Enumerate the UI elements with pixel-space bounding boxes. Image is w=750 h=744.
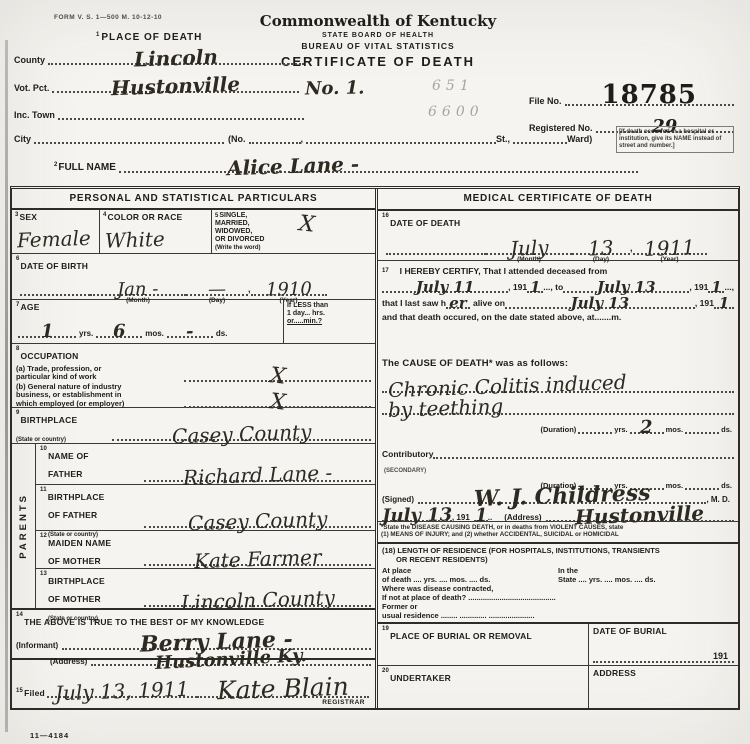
date-of-birth-row: 6DATE OF BIRTH Jan -(Month) —(Day) , 191…	[12, 254, 375, 300]
cause-duration-yrs: yrs.	[614, 425, 627, 434]
dod-label: 16DATE OF DEATH	[382, 218, 460, 228]
cause-value-2: by teething	[388, 396, 504, 420]
residence-title-2: OR RECENT RESIDENTS)	[382, 555, 488, 564]
birthplace-label: 9BIRTHPLACE (State or country)	[16, 410, 112, 446]
signed-address-fill: Hustonville	[546, 505, 734, 522]
occupation-number: 8	[16, 346, 20, 352]
mother-birthplace-row: 13BIRTHPLACE OF MOTHER (State or country…	[36, 569, 375, 609]
dob-month-value: Jan -	[117, 281, 159, 300]
certify-last-value: July 13	[571, 296, 630, 311]
mother-name-fill: Kate Farmer	[144, 549, 371, 566]
birthplace-row: 9BIRTHPLACE (State or country) Casey Cou…	[12, 408, 375, 444]
age-mos-label: mos.	[145, 329, 164, 338]
medical-column: MEDICAL CERTIFICATE OF DEATH 16DATE OF D…	[375, 189, 738, 708]
contributory-label: Contributory	[382, 449, 433, 459]
father-bp-l1: 11BIRTHPLACE	[40, 492, 105, 502]
certify-digit-c: 1	[719, 296, 729, 311]
filed-date-fill: July 13, 1911	[47, 681, 197, 698]
undertaker-address-cell: ADDRESS	[588, 666, 738, 708]
dod-day-line: 13	[572, 231, 630, 255]
age-mos-fill: 6	[96, 323, 142, 338]
filed-number: 15	[16, 688, 23, 694]
occupation-a-line: (a) Trade, profession, or particular kin…	[16, 365, 371, 382]
marital-number: 5	[215, 213, 218, 219]
age-less-3: or.....min.?	[287, 318, 322, 325]
certify-to-value: July 13	[597, 280, 656, 295]
undertaker-address-label: ADDRESS	[593, 668, 734, 678]
parents-block: PARENTS 10NAME OF FATHER Richard Lane - …	[12, 444, 375, 610]
city-ward-label: Ward)	[567, 134, 592, 144]
contributory-fill	[433, 447, 734, 459]
birthplace-number: 9	[16, 410, 20, 416]
certify-last-fill: July 13	[505, 296, 695, 309]
place-of-death-number: 1	[96, 32, 100, 38]
burial-place-cell: 19PLACE OF BURIAL OR REMOVAL	[378, 624, 588, 664]
informant-line: (Informant) Berry Lane -	[16, 631, 371, 650]
filed-label: 15Filed	[16, 688, 45, 698]
mother-birthplace-value: Lincoln County	[180, 587, 334, 612]
residence-title: (18) LENGTH OF RESIDENCE (FOR HOSPITALS,…	[382, 546, 734, 564]
dod-blank-seg	[386, 231, 486, 263]
dod-line: July(Month) 13(Day) , 1911(Year)	[382, 231, 734, 263]
form-number: FORM V. S. 1—500 M. 10-12-10	[54, 14, 162, 21]
residence-at-place-2: of death .... yrs. .... mos. .... ds.	[382, 575, 490, 584]
city-no-label: (No.	[228, 134, 246, 144]
vot-pct-number: No. 1.	[304, 79, 364, 98]
father-name-label: 10NAME OF FATHER	[40, 446, 144, 482]
commonwealth-title: Commonwealth of Kentucky	[248, 12, 508, 30]
cause-line-2: by teething	[382, 393, 734, 415]
inc-town-fill	[58, 108, 304, 120]
dod-number: 16	[382, 213, 389, 219]
burial-date-cell: DATE OF BURIAL 191	[588, 624, 738, 664]
city-st-label: St.,	[496, 134, 510, 144]
age-yrs-label: yrs.	[79, 329, 93, 338]
inc-town-line: Inc. Town	[14, 108, 304, 120]
city-ward-fill	[513, 132, 567, 144]
mother-word2: OF MOTHER	[40, 556, 101, 566]
mother-bp-l1: 13BIRTHPLACE	[40, 576, 105, 586]
birthplace-word: BIRTHPLACE	[21, 415, 78, 425]
parents-sidebar: PARENTS	[12, 444, 36, 608]
residence-at-place: At place of death .... yrs. .... mos. ..…	[382, 566, 558, 584]
certify-191a: , 191	[508, 282, 527, 293]
certify-intro: I HEREBY CERTIFY, That I attended deceas…	[400, 266, 608, 277]
full-name-label: 2FULL NAME	[54, 162, 116, 173]
mother-name-row: 12MAIDEN NAME OF MOTHER Kate Farmer	[36, 531, 375, 569]
dod-blank-line	[386, 231, 486, 255]
dod-month-line: July	[486, 231, 572, 255]
dod-day-value: 13	[588, 237, 614, 258]
cause-of-death-block: The CAUSE OF DEATH* was as follows: Chro…	[378, 351, 738, 444]
residence-contracted-1: Where was disease contracted,	[382, 584, 493, 593]
sex-number: 3	[15, 212, 19, 218]
residence-former-2: usual residence ........ ............. .…	[382, 611, 535, 620]
hospital-note: [If death occurred in a hospital or inst…	[616, 126, 734, 153]
signed-address-label: (Address)	[504, 513, 541, 522]
certify-last-pre: that I last saw h	[382, 298, 446, 309]
mother-l1: 12MAIDEN NAME	[40, 538, 111, 548]
certificate-table: PERSONAL AND STATISTICAL PARTICULARS 3SE…	[10, 186, 740, 710]
cause-duration-yrs-fill	[578, 432, 612, 434]
dod-text: DATE OF DEATH	[390, 218, 460, 228]
burial-row: 19PLACE OF BURIAL OR REMOVAL DATE OF BUR…	[378, 624, 738, 665]
burial-place-label: 19PLACE OF BURIAL OR REMOVAL	[382, 631, 532, 641]
dob-number: 6	[16, 256, 20, 262]
occupation-b-line: (b) General nature of industry business,…	[16, 383, 371, 409]
personal-section-title: PERSONAL AND STATISTICAL PARTICULARS	[12, 189, 375, 210]
registered-no-label: Registered No.	[529, 123, 593, 133]
dob-text: DATE OF BIRTH	[21, 261, 89, 271]
sex-label: 3SEX	[15, 212, 96, 222]
certify-digit-b-fill: 1	[708, 280, 724, 293]
place-of-death-text: PLACE OF DEATH	[101, 32, 202, 43]
cause-duration-mos: mos.	[666, 425, 684, 434]
undertaker-row: 20UNDERTAKER ADDRESS	[378, 666, 738, 708]
signed-191: , 191	[452, 513, 470, 522]
occupation-a-label: (a) Trade, profession, or particular kin…	[16, 365, 184, 382]
certify-last-saw-line: that I last saw h er alive on July 13 , …	[382, 296, 734, 309]
sex-color-marital-row: 3SEX Female 4COLOR OR RACE White 5SINGLE…	[12, 210, 375, 254]
dod-year-seg: 1911(Year)	[633, 231, 707, 263]
pencil-mark-2: 6600	[428, 104, 484, 120]
residence-columns: At place of death .... yrs. .... mos. ..…	[382, 566, 734, 584]
personal-column: PERSONAL AND STATISTICAL PARTICULARS 3SE…	[12, 189, 375, 708]
signed-md-label: , M. D.	[706, 495, 730, 504]
burial-number: 19	[382, 626, 389, 632]
mother-bp-number: 13	[40, 571, 47, 577]
marital-value: X	[298, 213, 316, 237]
father-number: 10	[40, 446, 47, 452]
cause-duration-ds-fill	[685, 432, 719, 434]
age-yrs-fill: 1	[18, 323, 76, 338]
age-row: 7AGE 1 yrs. 6 mos. - ds. If LESS than 1 …	[12, 300, 375, 344]
dod-year-value: 1911	[644, 237, 696, 259]
occupation-a2: particular kind of work	[16, 372, 96, 381]
contributory-secondary-label: (SECONDARY)	[384, 468, 426, 474]
certify-to-label: ..., to	[543, 282, 563, 293]
age-ds-fill: -	[167, 323, 213, 338]
mother-bp-word2: OF MOTHER	[40, 594, 101, 604]
footnote-line-1: *State the DISEASE CAUSING DEATH, or in …	[381, 524, 735, 532]
mother-name-value: Kate Farmer	[193, 547, 321, 571]
truth-text: THE ABOVE IS TRUE TO THE BEST OF MY KNOW…	[24, 617, 264, 627]
birthplace-value: Casey County	[171, 421, 311, 446]
dob-year-line: 1910	[251, 274, 327, 296]
state-board-subtitle: STATE BOARD OF HEALTH	[248, 32, 508, 39]
age-main-cell: 7AGE 1 yrs. 6 mos. - ds.	[12, 300, 283, 343]
certify-comma: ...,	[724, 282, 734, 293]
color-label: 4COLOR OR RACE	[103, 212, 208, 222]
county-value: Lincoln	[134, 47, 219, 70]
city-comma: ,	[301, 134, 304, 144]
certify-digit-a-fill: 1	[527, 280, 543, 293]
age-number: 7	[16, 302, 20, 308]
file-no-fill: 18785	[565, 80, 734, 106]
dob-year-value: 1910	[265, 281, 311, 300]
cause-label: The CAUSE OF DEATH* was as follows:	[382, 358, 568, 369]
dob-day-value: —	[208, 281, 226, 299]
certify-block: 17 I HEREBY CERTIFY, That I attended dec…	[378, 261, 738, 352]
vot-pct-label: Vot. Pct.	[14, 83, 49, 93]
certify-to-fill: July 13	[563, 280, 689, 293]
signed-dots: ..	[488, 513, 492, 522]
sex-value: Female	[17, 228, 97, 251]
place-of-death-label: 1PLACE OF DEATH	[96, 32, 202, 43]
certify-191b: , 191	[689, 282, 708, 293]
certify-occurred-text: and that death occured, on the date stat…	[382, 312, 621, 323]
occupation-b-label: (b) General nature of industry business,…	[16, 383, 184, 409]
age-units-line: 1 yrs. 6 mos. - ds.	[16, 312, 279, 341]
certify-dates-line: July 11 , 191 1 ..., to July 13 , 191 1 …	[382, 280, 734, 293]
dod-month-seg: July(Month)	[486, 231, 572, 263]
date-of-death-row: 16DATE OF DEATH July(Month) 13(Day) , 19…	[378, 211, 738, 261]
certify-number: 17	[382, 266, 389, 277]
age-mos-value: 6	[113, 323, 126, 341]
color-cell: 4COLOR OR RACE White	[100, 210, 212, 253]
file-no-label: File No.	[529, 96, 562, 106]
undertaker-cell: 20UNDERTAKER	[378, 666, 588, 708]
vot-pct-fill: Hustonville	[52, 76, 298, 93]
dob-blank-line	[20, 274, 90, 296]
county-label: County	[14, 55, 45, 65]
certify-from-value: July 11	[416, 280, 475, 295]
burial-date-label: DATE OF BURIAL	[593, 626, 734, 636]
marital-l3: WIDOWED,	[215, 228, 252, 235]
full-name-fill: Alice Lane -	[119, 156, 638, 173]
county-line: County Lincoln	[14, 48, 304, 65]
marital-label: 5SINGLE, MARRIED, WIDOWED, OR DIVORCED (…	[215, 212, 372, 252]
dob-month-line: Jan -	[90, 274, 186, 296]
filed-row: 15Filed July 13, 1911 Kate Blain REGISTR…	[12, 660, 375, 708]
father-bp-number: 11	[40, 487, 47, 493]
occupation-a-fill: X	[184, 366, 371, 382]
city-label: City	[14, 134, 31, 144]
burial-place-text: PLACE OF BURIAL OR REMOVAL	[390, 631, 532, 641]
father-birthplace-value: Casey County	[187, 508, 327, 533]
signed-date-fill: July 13	[382, 507, 452, 522]
informant-block: 14THE ABOVE IS TRUE TO THE BEST OF MY KN…	[12, 610, 375, 660]
residence-at-place-1: At place	[382, 566, 411, 575]
father-birthplace-fill: Casey County	[144, 511, 371, 528]
registrar-label: REGISTRAR	[322, 699, 365, 706]
age-less-1: If LESS than	[287, 302, 328, 309]
father-name-l1: 10NAME OF	[40, 451, 89, 461]
informant-fill: Berry Lane -	[62, 631, 371, 650]
truth-statement: 14THE ABOVE IS TRUE TO THE BEST OF MY KN…	[16, 617, 264, 627]
file-no-value: 18785	[602, 80, 697, 110]
marital-note: (Write the word)	[215, 245, 261, 251]
contributory-block: Contributory (SECONDARY) (Duration) yrs.…	[378, 445, 738, 482]
marital-l2: MARRIED,	[215, 220, 250, 227]
informant-label: (Informant)	[16, 641, 58, 650]
marital-l1: SINGLE,	[219, 212, 247, 219]
occupation-text: OCCUPATION	[21, 351, 79, 361]
city-no-fill	[249, 132, 301, 144]
form-footer-code: 11—4184	[30, 731, 69, 740]
age-less-note: If LESS than 1 day... hrs. or.....min.?	[287, 302, 372, 326]
dob-label: 6DATE OF BIRTH	[16, 261, 88, 271]
occupation-row: 8OCCUPATION (a) Trade, profession, or pa…	[12, 344, 375, 408]
certify-intro-line: 17 I HEREBY CERTIFY, That I attended dec…	[382, 266, 734, 277]
certify-her-value: er	[449, 296, 466, 311]
dod-day-seg: 13(Day)	[572, 231, 630, 263]
residence-number: (18)	[382, 546, 395, 555]
burial-date-year: 191	[713, 651, 728, 661]
certify-digit-a: 1	[530, 280, 540, 295]
birthplace-sub: (State or country)	[16, 437, 66, 443]
pencil-mark-1: 651	[432, 78, 474, 94]
birthplace-text: 9BIRTHPLACE	[16, 415, 77, 425]
dod-year-line: 1911	[633, 231, 707, 255]
father-name-row: 10NAME OF FATHER Richard Lane -	[36, 444, 375, 485]
footnote-line-2: (1) MEANS OF INJURY; and (2) whether ACC…	[381, 531, 735, 539]
undertaker-text: UNDERTAKER	[390, 673, 451, 683]
age-less-2: 1 day... hrs.	[287, 310, 325, 317]
truth-number: 14	[16, 612, 23, 618]
certify-digit-b: 1	[711, 280, 721, 295]
marital-l4: OR DIVORCED	[215, 236, 264, 243]
medical-section-title: MEDICAL CERTIFICATE OF DEATH	[378, 189, 738, 211]
certify-from-fill: July 11	[382, 280, 508, 293]
mother-name-label: 12MAIDEN NAME OF MOTHER	[40, 533, 144, 569]
burial-date-fill: 191	[593, 636, 734, 662]
age-less-box: If LESS than 1 day... hrs. or.....min.?	[283, 300, 375, 343]
color-text: COLOR OR RACE	[108, 212, 183, 222]
full-name-text: FULL NAME	[58, 162, 116, 173]
father-word2: FATHER	[40, 469, 83, 479]
mother-number: 12	[40, 533, 47, 539]
residence-title-1: LENGTH OF RESIDENCE (FOR HOSPITALS, INST…	[397, 546, 659, 555]
father-word1: NAME OF	[48, 451, 89, 461]
mother-bp-word1: BIRTHPLACE	[48, 576, 105, 586]
residence-state: State .... yrs. .... mos. .... ds.	[558, 575, 656, 584]
cause-duration-mos-fill: 2	[630, 419, 664, 434]
cause-duration-line: (Duration) yrs. 2 mos. ds.	[382, 419, 734, 434]
death-certificate-scan: FORM V. S. 1—500 M. 10-12-10 Commonwealt…	[0, 0, 750, 744]
father-bp-word2: OF FATHER	[40, 510, 97, 520]
full-name-line: 2FULL NAME Alice Lane -	[54, 156, 638, 173]
cause-line-1: Chronic Colitis induced	[382, 371, 734, 393]
signed-block: (Signed) W. J. Childress , M. D. July 13…	[378, 482, 738, 522]
occupation-b3: which employed (or employer)	[16, 399, 124, 408]
occupation-a-value: X	[269, 365, 287, 389]
certify-digit-c-fill: 1	[714, 296, 734, 309]
undertaker-number: 20	[382, 668, 389, 674]
file-no-line: File No. 18785	[529, 80, 734, 106]
city-fill	[34, 132, 224, 144]
parents-rows: 10NAME OF FATHER Richard Lane - 11BIRTHP…	[36, 444, 375, 608]
certify-last-mid: alive on	[473, 298, 505, 309]
filed-date-value: July 13, 1911	[55, 679, 190, 704]
certify-her-fill: er	[446, 296, 470, 309]
cause-duration-mos-value: 2	[640, 419, 653, 437]
residence-former: Former or usual residence ........ .....…	[382, 602, 734, 620]
birthplace-fill: Casey County	[112, 424, 371, 441]
signed-digit-fill: 1	[474, 507, 488, 522]
age-yrs-value: 1	[41, 323, 54, 341]
color-value: White	[105, 227, 209, 251]
registrar-signature-fill: Kate Blain	[197, 676, 369, 698]
color-number: 4	[103, 212, 107, 218]
footnote-block: *State the DISEASE CAUSING DEATH, or in …	[378, 522, 738, 545]
age-label: 7AGE	[16, 302, 279, 312]
residence-block: (18) LENGTH OF RESIDENCE (FOR HOSPITALS,…	[378, 544, 738, 624]
cause-duration-label: (Duration)	[540, 425, 576, 434]
sex-text: SEX	[20, 212, 38, 222]
age-ds-value: -	[186, 323, 194, 341]
vot-pct-value: Hustonville	[111, 74, 241, 98]
father-name-fill: Richard Lane -	[144, 465, 371, 482]
filed-text: Filed	[24, 688, 45, 698]
inc-town-label: Inc. Town	[14, 110, 55, 120]
residence-in-state: In the State .... yrs. .... mos. .... ds…	[558, 566, 734, 584]
contributory-line: Contributory	[382, 447, 734, 459]
residence-contracted-2: If not at place of death? ..............…	[382, 593, 556, 602]
marital-cell: 5SINGLE, MARRIED, WIDOWED, OR DIVORCED (…	[212, 210, 375, 253]
father-birthplace-row: 11BIRTHPLACE OF FATHER (State or country…	[36, 485, 375, 531]
age-text: AGE	[21, 302, 40, 312]
signed-fill: W. J. Childress	[418, 485, 706, 504]
parents-label: PARENTS	[18, 493, 29, 559]
residence-former-1: Former or	[382, 602, 417, 611]
father-bp-word1: BIRTHPLACE	[48, 492, 105, 502]
certify-occurred-line: and that death occured, on the date stat…	[382, 312, 734, 323]
dod-month-value: July	[509, 237, 548, 258]
age-ds-label: ds.	[216, 329, 228, 338]
cause-duration-ds: ds.	[721, 425, 732, 434]
certify-191c: , 191	[695, 298, 714, 309]
mother-birthplace-fill: Lincoln County	[144, 590, 371, 607]
city-street-fill	[306, 132, 496, 144]
full-name-number: 2	[54, 162, 57, 168]
sex-cell: 3SEX Female	[12, 210, 100, 253]
voting-precinct-line: Vot. Pct. Hustonville No. 1.	[14, 76, 364, 93]
father-name-value: Richard Lane -	[183, 462, 333, 487]
mother-word1: MAIDEN NAME	[48, 538, 111, 548]
residence-contracted: Where was disease contracted, If not at …	[382, 584, 734, 602]
dob-day-line: —	[186, 274, 248, 296]
signed-label: (Signed)	[382, 495, 414, 504]
occupation-label: 8OCCUPATION	[16, 351, 78, 361]
occupation-b-fill: X	[184, 392, 371, 408]
county-fill: Lincoln	[48, 48, 304, 65]
undertaker-label: 20UNDERTAKER	[382, 673, 451, 683]
full-name-value: Alice Lane -	[227, 154, 360, 179]
residence-in-the: In the	[558, 566, 578, 575]
city-line: City (No. , St., Ward)	[14, 132, 634, 144]
